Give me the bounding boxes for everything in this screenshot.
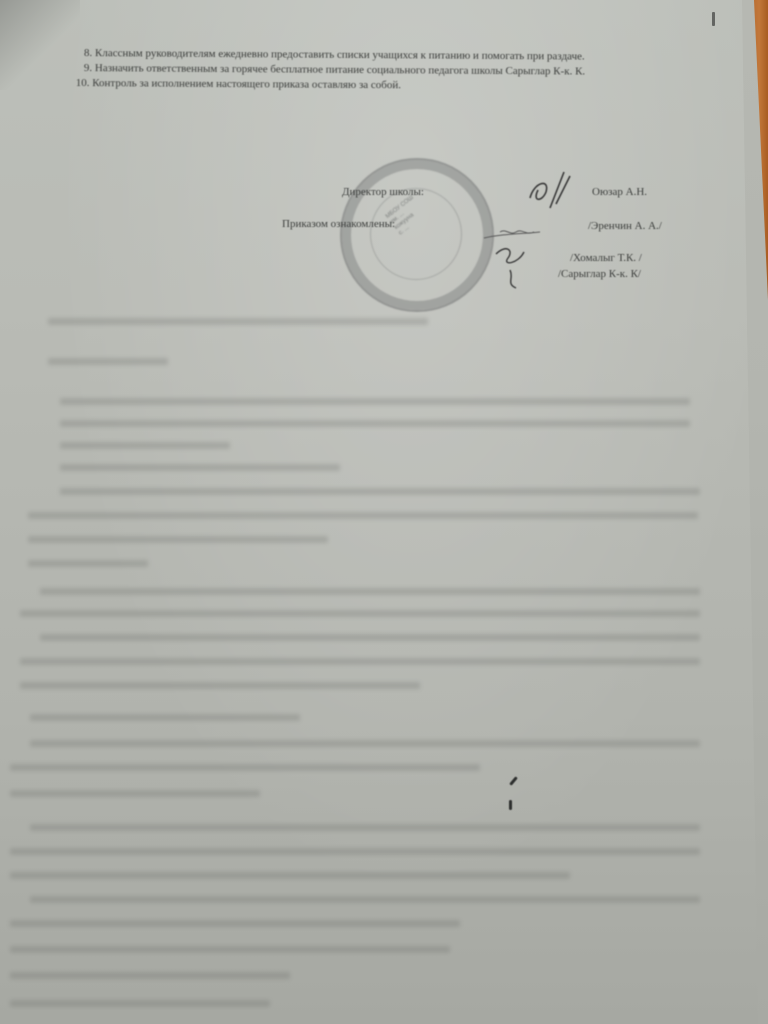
director-name: Оюзар А.Н. bbox=[592, 186, 647, 198]
acquainted-name-1: /Эренчин А. А./ bbox=[588, 220, 662, 232]
item-text: Классным руководителям ежедневно предост… bbox=[95, 47, 585, 62]
acquainted-name-3: /Сарыглар К-к. К/ bbox=[558, 268, 641, 280]
director-label: Директор школы: bbox=[342, 186, 424, 198]
reverse-side-bleed-through bbox=[0, 300, 768, 1024]
item-text: Назначить ответственным за горячее беспл… bbox=[95, 62, 585, 77]
photo-scene: 8. Классным руководителям ежедневно пред… bbox=[0, 0, 768, 1024]
page-fold-shadow bbox=[0, 0, 80, 90]
item-text: Контроль за исполнением настоящего прика… bbox=[92, 77, 401, 91]
acquainted-label: Приказом ознакомлены: bbox=[282, 218, 395, 230]
item-number: 9. bbox=[84, 62, 92, 74]
item-number: 8. bbox=[84, 47, 92, 59]
document-body: 8. Классным руководителям ежедневно пред… bbox=[76, 46, 686, 95]
acquainted-name-2: /Хомалыг Т.К. / bbox=[570, 252, 642, 264]
table-surface bbox=[746, 0, 768, 300]
director-signature bbox=[520, 168, 580, 218]
signature-khomalyg bbox=[488, 240, 538, 292]
page-mark bbox=[712, 12, 715, 26]
item-number: 10. bbox=[76, 77, 90, 89]
pen-dot-mark bbox=[509, 800, 512, 810]
